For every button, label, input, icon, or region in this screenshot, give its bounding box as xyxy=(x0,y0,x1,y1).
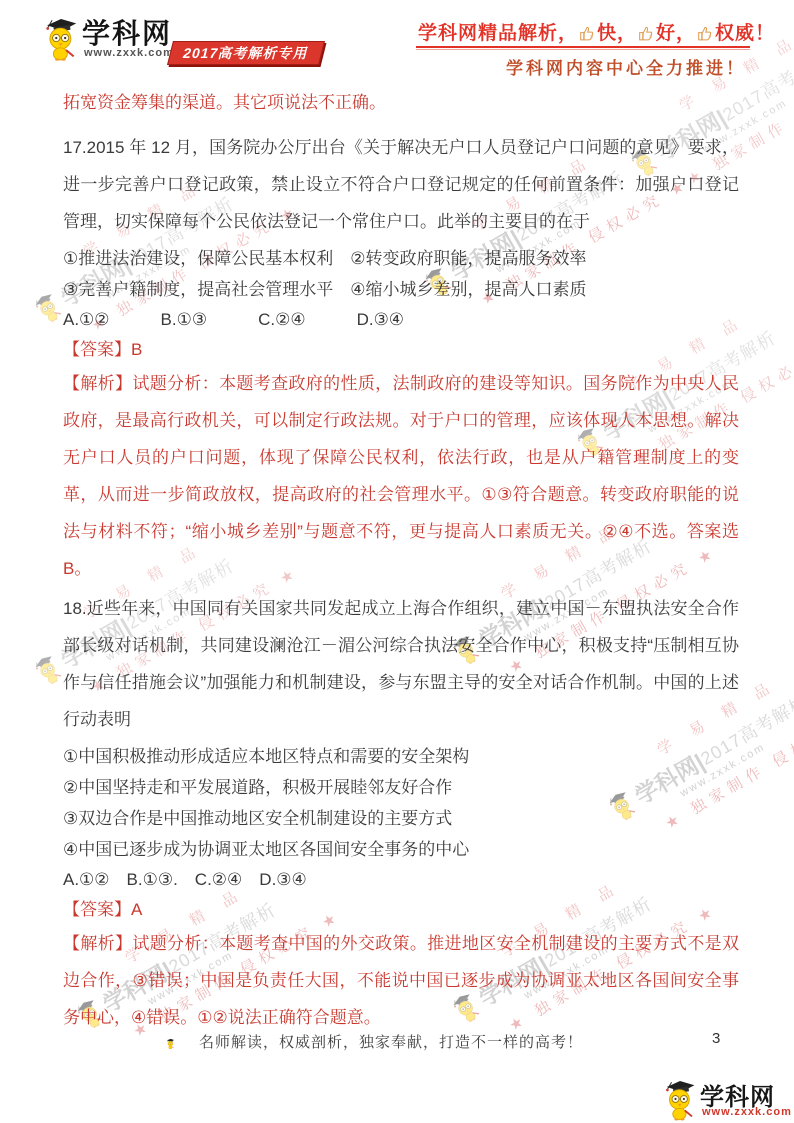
q17-analysis: 【解析】试题分析：本题考查政府的性质，法制政府的建设等知识。国务院作为中央人民政… xyxy=(63,365,739,587)
footer-slogan: 名师解读，权威剖析，独家奉献，打造不一样的高考！ xyxy=(199,1031,583,1052)
q17-option-line-2: ③完善户籍制度，提高社会管理水平 ④缩小城乡差别，提高人口素质 xyxy=(63,274,739,305)
edition-banner: 2017高考解析专用 xyxy=(167,41,325,65)
q18-analysis: 【解析】试题分析：本题考查中国的外交政策。推进地区安全机制建设的主要方式不是双边… xyxy=(63,925,739,1036)
question-17-stem: 17.2015 年 12 月，国务院办公厅出台《关于解决无户口人员登记户口问题的… xyxy=(63,129,739,240)
answer-note: 拓宽资金筹集的渠道。其它项说法不正确。 xyxy=(63,92,739,114)
edition-banner-label: 2017高考解析专用 xyxy=(181,43,311,63)
thumb-up-icon xyxy=(579,25,596,42)
zxxk-owl-icon xyxy=(662,1073,698,1123)
zxxk-owl-icon xyxy=(42,10,80,66)
header-slogan-sub: 学科网内容中心全力推进！ xyxy=(506,54,746,79)
document-body: 拓宽资金筹集的渠道。其它项说法不正确。 17.2015 年 12 月，国务院办公… xyxy=(63,92,739,1036)
zxxk-owl-icon xyxy=(29,288,67,327)
q17-option-line-1: ①推进法治建设，保障公民基本权利 ②转变政府职能，提高服务效率 xyxy=(63,243,739,274)
question-18-stem: 18.近些年来，中国同有关国家共同发起成立上海合作组织，建立中国－东盟执法安全合… xyxy=(63,590,739,738)
q18-option-3: ③双边合作是中国推动地区安全机制建设的主要方式 xyxy=(63,803,739,834)
footer-site-url: www.zxxk.com xyxy=(702,1106,792,1118)
q17-answer: 【答案】B xyxy=(63,335,739,365)
page-number: 3 xyxy=(712,1030,720,1047)
site-url: www.zxxk.com xyxy=(84,47,174,59)
site-name: 学科网 xyxy=(82,12,172,52)
thumb-up-icon xyxy=(697,25,714,42)
footer-mini-owl-icon xyxy=(163,1038,178,1049)
q18-option-1: ①中国积极推动形成适应本地区特点和需要的安全架构 xyxy=(63,741,739,772)
thumb-up-icon xyxy=(638,25,655,42)
page: 学 易 精 品 学科网|2017高考解析 www.zxxk.com ★ 独家制作… xyxy=(0,0,794,1123)
q17-choices: A.①② B.①③ C.②④ D.③④ xyxy=(63,305,739,335)
q18-choices: A.①② B.①③. C.②④ D.③④ xyxy=(63,865,739,895)
zxxk-owl-icon xyxy=(29,650,67,689)
q18-answer: 【答案】A xyxy=(63,895,739,925)
footer-logo: 学科网 www.zxxk.com xyxy=(650,1073,790,1123)
q18-option-2: ②中国坚持走和平发展道路，积极开展睦邻友好合作 xyxy=(63,772,739,803)
slogan-underline xyxy=(416,46,750,51)
header-slogan: 学科网精品解析，快，好，权威！ xyxy=(418,18,748,45)
q18-option-4: ④中国已逐步成为协调亚太地区各国间安全事务的中心 xyxy=(63,834,739,865)
